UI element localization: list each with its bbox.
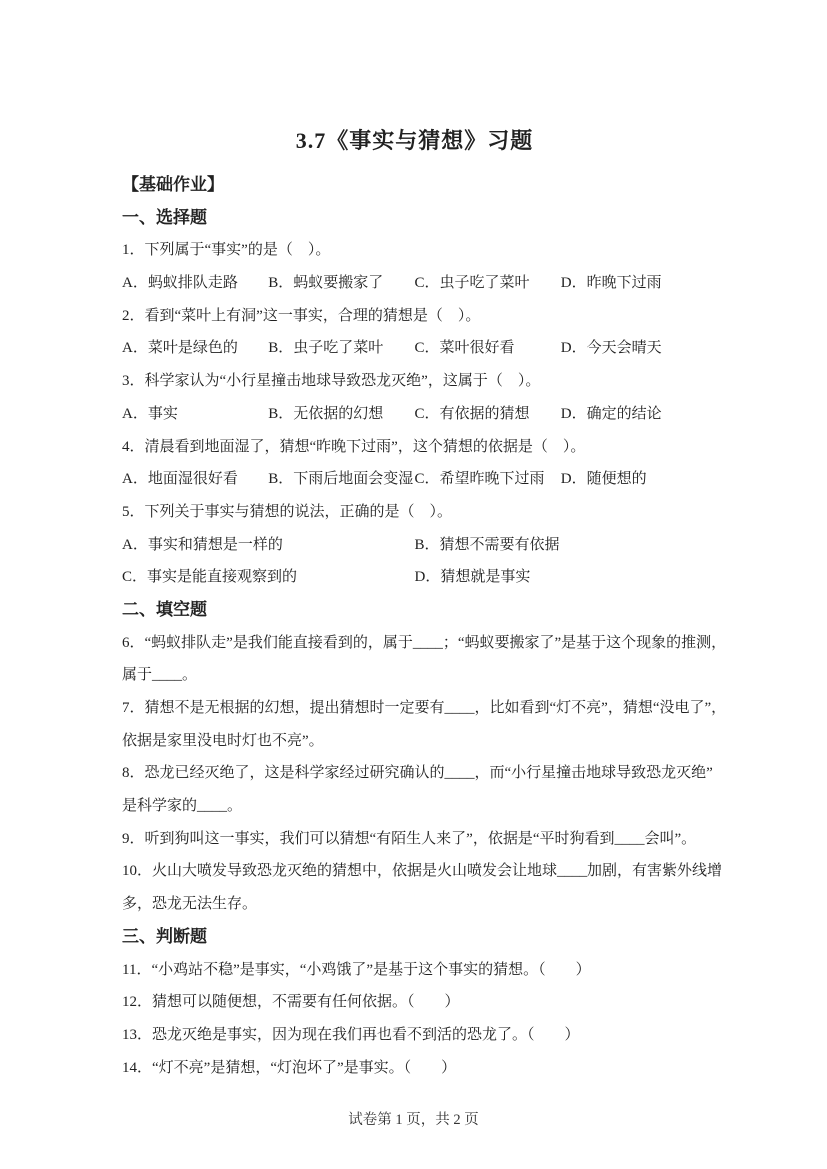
- section-heading-choice: 一、选择题: [122, 202, 707, 235]
- question-9-line1: 9．听到狗叫这一事实，我们可以猜想“有陌生人来了”，依据是“平时狗看到____会…: [122, 823, 707, 856]
- question-8-line1: 8．恐龙已经灭绝了，这是科学家经过研究确认的____，而“小行星撞击地球导致恐龙…: [122, 757, 707, 790]
- question-5-option-a: A．事实和猜想是一样的: [122, 529, 415, 562]
- question-3-text: 3．科学家认为“小行星撞击地球导致恐龙灭绝”，这属于（ ）。: [122, 365, 707, 398]
- question-2-text: 2．看到“菜叶上有洞”这一事实，合理的猜想是（ ）。: [122, 300, 707, 333]
- question-3-option-d: D．确定的结论: [561, 398, 662, 431]
- question-4-option-b: B．下雨后地面会变湿: [268, 463, 414, 496]
- question-13-text: 13．恐龙灭绝是事实，因为现在我们再也看不到活的恐龙了。（ ）: [122, 1019, 707, 1052]
- question-1-option-b: B．蚂蚁要搬家了: [268, 267, 414, 300]
- question-2-option-d: D．今天会晴天: [561, 332, 662, 365]
- question-4-options: A．地面湿很好看 B．下雨后地面会变湿 C．希望昨晚下过雨 D．随便想的: [122, 463, 707, 496]
- question-4-text: 4．清晨看到地面湿了，猜想“昨晚下过雨”，这个猜想的依据是（ ）。: [122, 431, 707, 464]
- question-4-option-d: D．随便想的: [561, 463, 647, 496]
- assignment-label: 【基础作业】: [122, 169, 707, 202]
- question-2-option-b: B．虫子吃了菜叶: [268, 332, 414, 365]
- question-2-option-c: C．菜叶很好看: [415, 332, 561, 365]
- question-5-option-d: D．猜想就是事实: [415, 561, 531, 594]
- question-3-option-a: A．事实: [122, 398, 268, 431]
- question-2-options: A．菜叶是绿色的 B．虫子吃了菜叶 C．菜叶很好看 D．今天会晴天: [122, 332, 707, 365]
- page-title: 3.7《事实与猜想》习题: [122, 126, 707, 156]
- question-1-options: A．蚂蚁排队走路 B．蚂蚁要搬家了 C．虫子吃了菜叶 D．昨晚下过雨: [122, 267, 707, 300]
- question-12-text: 12．猜想可以随便想，不需要有任何依据。（ ）: [122, 986, 707, 1019]
- question-7-line2: 依据是家里没电时灯也不亮”。: [122, 725, 707, 758]
- question-3-options: A．事实 B．无依据的幻想 C．有依据的猜想 D．确定的结论: [122, 398, 707, 431]
- section-heading-judge: 三、判断题: [122, 921, 707, 954]
- question-4-option-c: C．希望昨晚下过雨: [415, 463, 561, 496]
- question-2-option-a: A．菜叶是绿色的: [122, 332, 268, 365]
- question-5-option-b: B．猜想不需要有依据: [415, 529, 560, 562]
- page-content: 3.7《事实与猜想》习题 【基础作业】 一、选择题 1．下列属于“事实”的是（ …: [0, 0, 827, 1084]
- question-5-text: 5．下列关于事实与猜想的说法，正确的是（ ）。: [122, 496, 707, 529]
- question-1-option-d: D．昨晚下过雨: [561, 267, 662, 300]
- question-5-options-row2: C．事实是能直接观察到的 D．猜想就是事实: [122, 561, 707, 594]
- question-11-text: 11．“小鸡站不稳”是事实，“小鸡饿了”是基于这个事实的猜想。（ ）: [122, 954, 707, 987]
- question-1-option-a: A．蚂蚁排队走路: [122, 267, 268, 300]
- question-1-text: 1．下列属于“事实”的是（ ）。: [122, 234, 707, 267]
- question-10-line2: 多，恐龙无法生存。: [122, 888, 707, 921]
- page-footer: 试卷第 1 页，共 2 页: [0, 1108, 827, 1129]
- question-5-option-c: C．事实是能直接观察到的: [122, 561, 415, 594]
- question-3-option-c: C．有依据的猜想: [415, 398, 561, 431]
- question-6-line1: 6．“蚂蚁排队走”是我们能直接看到的，属于____；“蚂蚁要搬家了”是基于这个现…: [122, 627, 707, 660]
- question-7-line1: 7．猜想不是无根据的幻想，提出猜想时一定要有____，比如看到“灯不亮”，猜想“…: [122, 692, 707, 725]
- section-heading-fill: 二、填空题: [122, 594, 707, 627]
- question-8-line2: 是科学家的____。: [122, 790, 707, 823]
- question-6-line2: 属于____。: [122, 659, 707, 692]
- exam-page: 3.7《事实与猜想》习题 【基础作业】 一、选择题 1．下列属于“事实”的是（ …: [0, 0, 827, 1169]
- question-4-option-a: A．地面湿很好看: [122, 463, 268, 496]
- question-3-option-b: B．无依据的幻想: [268, 398, 414, 431]
- question-5-options-row1: A．事实和猜想是一样的 B．猜想不需要有依据: [122, 529, 707, 562]
- question-14-text: 14．“灯不亮”是猜想，“灯泡坏了”是事实。（ ）: [122, 1052, 707, 1085]
- question-1-option-c: C．虫子吃了菜叶: [415, 267, 561, 300]
- question-10-line1: 10．火山大喷发导致恐龙灭绝的猜想中，依据是火山喷发会让地球____加剧，有害紫…: [122, 855, 707, 888]
